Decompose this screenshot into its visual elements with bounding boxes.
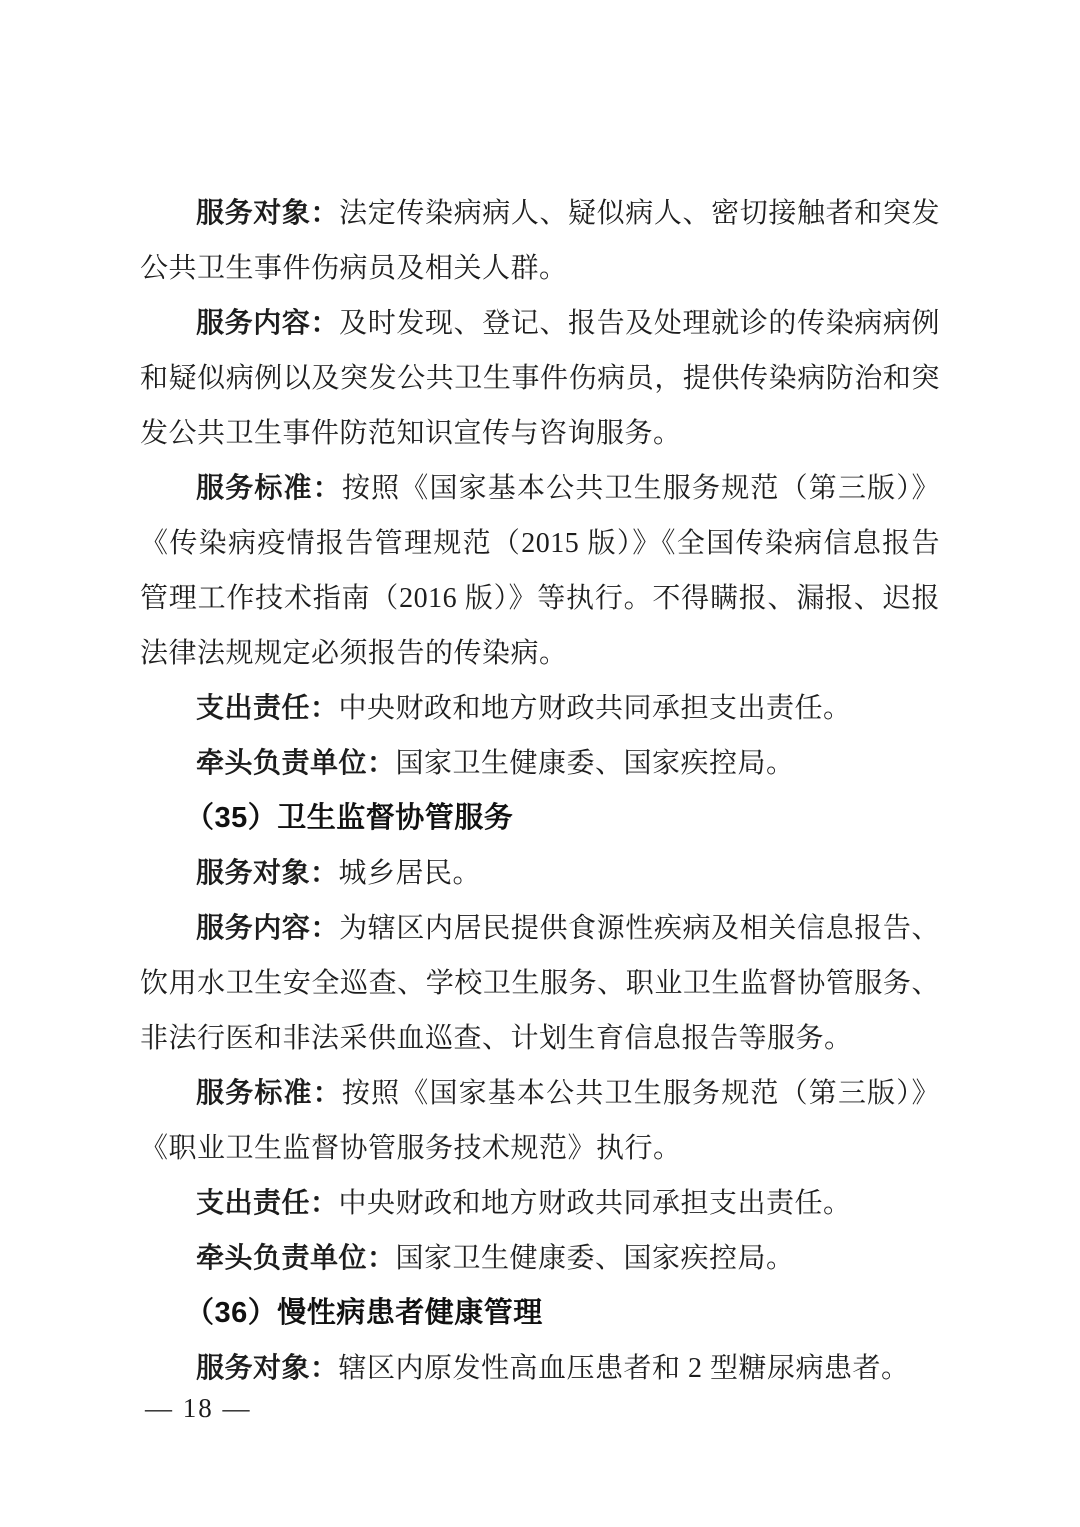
paragraph-label: 服务标准： (196, 473, 342, 504)
paragraph-lead-unit: 牵头负责单位：国家卫生健康委、国家疾控局。 (140, 1231, 940, 1286)
paragraph-label: 服务对象： (196, 1353, 339, 1384)
section-heading-35: （35）卫生监督协管服务 (140, 791, 940, 846)
section-heading-36: （36）慢性病患者健康管理 (140, 1286, 940, 1341)
paragraph-label: 服务内容： (196, 913, 339, 944)
paragraph-text: 中央财政和地方财政共同承担支出责任。 (339, 693, 852, 724)
paragraph-label: 支出责任： (196, 1188, 339, 1219)
paragraph-service-standard: 服务标准：按照《国家基本公共卫生服务规范（第三版）》《传染病疫情报告管理规范（2… (140, 461, 940, 681)
paragraph-label: 服务对象： (196, 858, 339, 889)
paragraph-service-target: 服务对象：法定传染病病人、疑似病人、密切接触者和突发公共卫生事件伤病员及相关人群… (140, 186, 940, 296)
paragraph-label: 服务对象： (196, 198, 339, 229)
page-footer: — 18 — (145, 1390, 252, 1426)
paragraph-text: 城乡居民。 (339, 858, 482, 889)
document-content: 服务对象：法定传染病病人、疑似病人、密切接触者和突发公共卫生事件伤病员及相关人群… (140, 186, 940, 1396)
paragraph-text: 国家卫生健康委、国家疾控局。 (396, 1243, 795, 1274)
paragraph-service-standard: 服务标准：按照《国家基本公共卫生服务规范（第三版）》《职业卫生监督协管服务技术规… (140, 1066, 940, 1176)
document-page: 服务对象：法定传染病病人、疑似病人、密切接触者和突发公共卫生事件伤病员及相关人群… (0, 0, 1080, 1527)
paragraph-expenditure-responsibility: 支出责任：中央财政和地方财政共同承担支出责任。 (140, 1176, 940, 1231)
paragraph-label: 服务标准： (196, 1078, 342, 1109)
paragraph-service-content: 服务内容：为辖区内居民提供食源性疾病及相关信息报告、饮用水卫生安全巡查、学校卫生… (140, 901, 940, 1066)
paragraph-text: 中央财政和地方财政共同承担支出责任。 (339, 1188, 852, 1219)
paragraph-service-target: 服务对象：城乡居民。 (140, 846, 940, 901)
paragraph-label: 牵头负责单位： (196, 748, 396, 779)
paragraph-text: 国家卫生健康委、国家疾控局。 (396, 748, 795, 779)
paragraph-text: 辖区内原发性高血压患者和 2 型糖尿病患者。 (339, 1353, 910, 1384)
paragraph-service-target: 服务对象：辖区内原发性高血压患者和 2 型糖尿病患者。 (140, 1341, 940, 1396)
page-number: — 18 — (145, 1393, 252, 1423)
paragraph-lead-unit: 牵头负责单位：国家卫生健康委、国家疾控局。 (140, 736, 940, 791)
paragraph-service-content: 服务内容：及时发现、登记、报告及处理就诊的传染病病例和疑似病例以及突发公共卫生事… (140, 296, 940, 461)
paragraph-expenditure-responsibility: 支出责任：中央财政和地方财政共同承担支出责任。 (140, 681, 940, 736)
paragraph-label: 支出责任： (196, 693, 339, 724)
paragraph-label: 牵头负责单位： (196, 1243, 396, 1274)
paragraph-label: 服务内容： (196, 308, 339, 339)
